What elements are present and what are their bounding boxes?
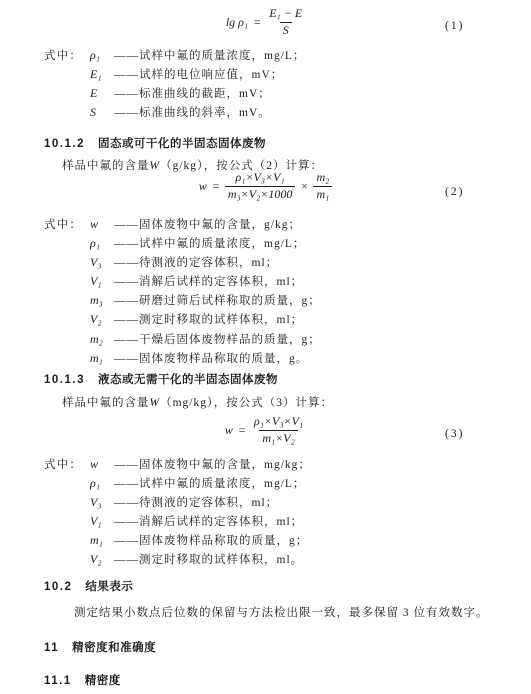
definition-row: E ——标准曲线的截距，mV； — [44, 85, 305, 104]
definition-row: V₁ ——消解后试样的定容体积，ml； — [44, 273, 321, 292]
symbol-description: ——固体废物中氟的含量，g/kg； — [114, 216, 301, 232]
definition-row: V₁ ——消解后试样的定容体积，ml； — [44, 513, 311, 532]
section-number: 11.1 — [44, 675, 72, 687]
formula-1: lg ρ₁ = E₁ − E S (1) — [0, 6, 531, 46]
symbol: w — [90, 457, 114, 472]
section-number: 10.2 — [44, 581, 72, 593]
section-number: 11 — [44, 642, 59, 654]
definition-row: 式中： w ——固体废物中氟的含量，mg/kg； — [44, 456, 311, 475]
symbol-description: ——干燥后固体废物样品的质量，g； — [114, 331, 321, 347]
section-heading-11-1: 11.1精密度 — [44, 672, 121, 688]
document-page: lg ρ₁ = E₁ − E S (1) 式中： ρ₁ ——试样中氟的质量浓度，… — [0, 0, 531, 694]
definition-row: E₁ ——试样的电位响应值，mV； — [44, 66, 305, 85]
fraction-numerator: E₁ − E — [266, 6, 305, 22]
fraction-numerator: m₂ — [313, 170, 332, 186]
definition-row: 式中： w ——固体废物中氟的含量，g/kg； — [44, 216, 321, 235]
symbol-description: ——固体废物样品称取的质量，g。 — [114, 350, 308, 366]
definition-row: m₁ ——固体废物样品称取的质量，g； — [44, 532, 311, 551]
formula-3-lhs: w — [225, 423, 233, 438]
section-number: 10.1.3 — [44, 374, 85, 386]
symbol: V₃ — [90, 495, 114, 510]
equation-number-3: (3) — [445, 428, 464, 440]
formula-3: w = ρ₁×V₃×V₁ m₁×V₂ (3) — [0, 414, 531, 454]
definition-row: V₃ ——待测液的定容体积，ml； — [44, 254, 321, 273]
symbol: w — [90, 217, 114, 232]
shizhong-label: 式中： — [44, 47, 90, 63]
definition-row: V₂ ——测定时移取的试样体积，ml； — [44, 311, 321, 330]
symbol: m₃ — [90, 293, 114, 308]
symbol-description: ——待测液的定容体积，ml； — [114, 494, 278, 510]
equals-sign: = — [238, 423, 246, 438]
leadin-pre: 样品中氟的含量 — [62, 397, 150, 409]
section-heading-10-2: 10.2结果表示 — [44, 578, 133, 594]
equals-sign: = — [253, 15, 261, 30]
definition-row: 式中： ρ₁ ——试样中氟的质量浓度，mg/L； — [44, 47, 305, 66]
symbol: ρ₁ — [90, 476, 114, 491]
section-heading-10-1-2: 10.1.2固态或可干化的半固态固体废物 — [44, 135, 266, 151]
result-expression-paragraph: 测定结果小数点后位数的保留与方法检出限一致，最多保留 3 位有效数字。 — [74, 604, 489, 620]
definition-row: ρ₁ ——试样中氟的质量浓度，mg/L； — [44, 475, 311, 494]
symbol: V₃ — [90, 255, 114, 270]
section-number: 10.1.2 — [44, 138, 85, 150]
symbol-description: ——测定时移取的试样体积，ml； — [114, 311, 303, 327]
symbol: S — [90, 105, 114, 120]
symbol: ρ₁ — [90, 236, 114, 251]
fraction-denominator: m₃×V₂×1000 — [225, 186, 296, 203]
leadin-symbol: W — [150, 397, 161, 409]
symbol-description: ——测定时移取的试样体积，ml。 — [114, 551, 303, 567]
fraction-denominator: S — [280, 22, 292, 39]
section-heading-11: 11精密度和准确度 — [44, 639, 156, 655]
definitions-formula-3: 式中： w ——固体废物中氟的含量，mg/kg； ρ₁ ——试样中氟的质量浓度，… — [44, 456, 311, 571]
symbol: V₁ — [90, 274, 114, 289]
definition-row: S ——标准曲线的斜率，mV。 — [44, 104, 305, 123]
definitions-formula-2: 式中： w ——固体废物中氟的含量，g/kg； ρ₁ ——试样中氟的质量浓度，m… — [44, 216, 321, 369]
symbol-description: ——标准曲线的截距，mV； — [114, 85, 271, 101]
symbol: ρ₁ — [90, 48, 114, 63]
formula-2-lhs: w — [199, 179, 207, 194]
fraction-denominator: m₁ — [313, 186, 332, 203]
symbol-description: ——消解后试样的定容体积，ml； — [114, 273, 303, 289]
formula-2: w = ρ₁×V₃×V₁ m₃×V₂×1000 × m₂ m₁ (2) — [0, 170, 531, 214]
symbol: V₁ — [90, 514, 114, 529]
symbol-description: ——固体废物中氟的含量，mg/kg； — [114, 456, 311, 472]
symbol: E₁ — [90, 67, 114, 82]
formula-1-lhs: lg ρ₁ — [226, 15, 248, 30]
formula-1-fraction: E₁ − E S — [266, 6, 305, 38]
symbol: E — [90, 86, 114, 101]
symbol: m₁ — [90, 533, 114, 548]
section-title: 固态或可干化的半固态固体废物 — [98, 138, 266, 150]
shizhong-label: 式中： — [44, 456, 90, 472]
symbol-description: ——研磨过筛后试样称取的质量，g； — [114, 292, 321, 308]
formula-2-fraction-2: m₂ m₁ — [313, 170, 332, 202]
leadin-post: （mg/kg），按公式（3）计算： — [160, 397, 333, 409]
formula-2-fraction-1: ρ₁×V₃×V₁ m₃×V₂×1000 — [225, 170, 296, 202]
symbol-description: ——固体废物样品称取的质量，g； — [114, 532, 308, 548]
equals-sign: = — [212, 179, 220, 194]
symbol-description: ——待测液的定容体积，ml； — [114, 254, 278, 270]
symbol: m₁ — [90, 351, 114, 366]
equation-number-2: (2) — [445, 186, 464, 198]
symbol-description: ——试样中氟的质量浓度，mg/L； — [114, 235, 305, 251]
formula-3-leadin: 样品中氟的含量W（mg/kg），按公式（3）计算： — [62, 394, 333, 410]
symbol: V₂ — [90, 312, 114, 327]
formula-3-fraction: ρ₁×V₃×V₁ m₁×V₂ — [251, 414, 306, 446]
section-title: 液态或无需干化的半固态固体废物 — [98, 374, 278, 386]
symbol: V₂ — [90, 552, 114, 567]
formula-1-body: lg ρ₁ = E₁ − E S — [226, 6, 305, 38]
definition-row: m₂ ——干燥后固体废物样品的质量，g； — [44, 331, 321, 350]
symbol-description: ——试样中氟的质量浓度，mg/L； — [114, 47, 305, 63]
definition-row: ρ₁ ——试样中氟的质量浓度，mg/L； — [44, 235, 321, 254]
formula-3-body: w = ρ₁×V₃×V₁ m₁×V₂ — [225, 414, 306, 446]
section-title: 精密度和准确度 — [72, 642, 156, 654]
symbol-description: ——试样中氟的质量浓度，mg/L； — [114, 475, 305, 491]
shizhong-label: 式中： — [44, 216, 90, 232]
definitions-formula-1: 式中： ρ₁ ——试样中氟的质量浓度，mg/L； E₁ ——试样的电位响应值，m… — [44, 47, 305, 123]
definition-row: V₃ ——待测液的定容体积，ml； — [44, 494, 311, 513]
fraction-numerator: ρ₁×V₃×V₁ — [251, 414, 306, 430]
section-title: 精密度 — [85, 675, 121, 687]
definition-row: m₃ ——研磨过筛后试样称取的质量，g； — [44, 292, 321, 311]
symbol-description: ——标准曲线的斜率，mV。 — [114, 104, 271, 120]
symbol: m₂ — [90, 332, 114, 347]
multiply-sign: × — [300, 179, 308, 194]
definition-row: m₁ ——固体废物样品称取的质量，g。 — [44, 350, 321, 369]
formula-2-body: w = ρ₁×V₃×V₁ m₃×V₂×1000 × m₂ m₁ — [199, 170, 333, 202]
fraction-denominator: m₁×V₂ — [259, 430, 297, 447]
fraction-numerator: ρ₁×V₃×V₁ — [233, 170, 288, 186]
symbol-description: ——消解后试样的定容体积，ml； — [114, 513, 303, 529]
section-heading-10-1-3: 10.1.3液态或无需干化的半固态固体废物 — [44, 371, 278, 387]
equation-number-1: (1) — [445, 20, 464, 32]
symbol-description: ——试样的电位响应值，mV； — [114, 66, 283, 82]
section-title: 结果表示 — [85, 581, 133, 593]
definition-row: V₂ ——测定时移取的试样体积，ml。 — [44, 551, 311, 570]
